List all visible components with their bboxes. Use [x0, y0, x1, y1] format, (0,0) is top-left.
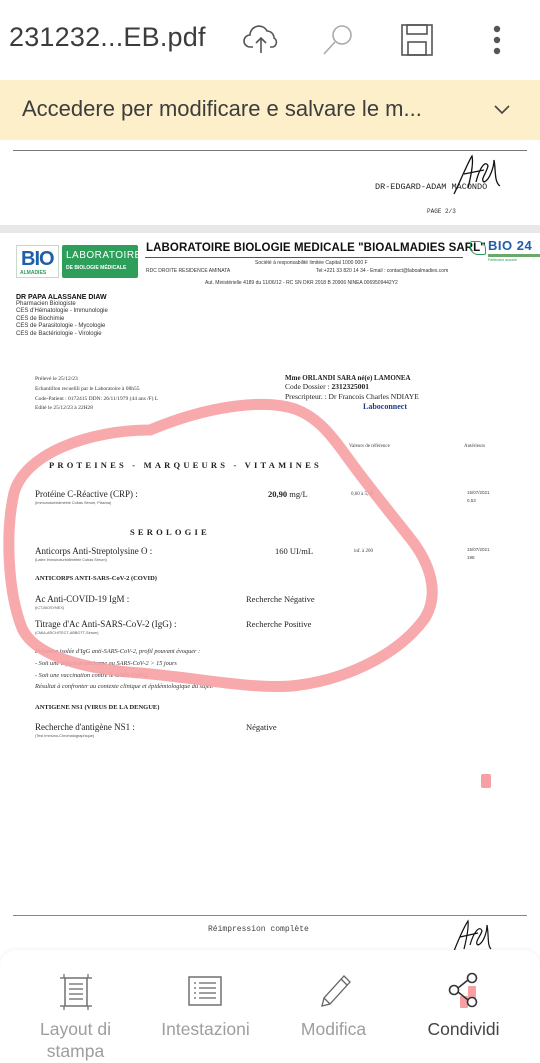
section-title-proteins: PROTEINES - MARQUEURS - VITAMINES: [49, 460, 322, 470]
igm-value: Recherche Négative: [246, 594, 315, 604]
search-button[interactable]: [318, 20, 358, 60]
partner-logo-icon: [470, 241, 486, 255]
crp-value: 20,90: [268, 489, 287, 499]
dengue-header: ANTIGENE NS1 (VIRUS DE LA DENGUE): [35, 704, 159, 711]
lab-address: RDC DROITE RESIDENCE AMINATA: [146, 268, 230, 274]
cloud-upload-icon: [243, 23, 281, 57]
bottom-navigation: Layout di stampa Intestazioni Modifica C…: [0, 950, 540, 1063]
partner-logo-subtitle: Partenaire associé: [488, 258, 517, 262]
document-title: 231232...EB.pdf: [9, 22, 206, 53]
crp-prev: 15/07/2021 0,53: [467, 489, 490, 505]
doctor-block: DR PAPA ALASSANE DIAW Pharmacien Biologi…: [16, 294, 108, 338]
nav-share[interactable]: Condividi: [396, 950, 531, 1063]
patient-code: Code-Patient : 0172415 DDN: 26/11/1979 (…: [35, 395, 158, 405]
doctor-name: DR PAPA ALASSANE DIAW: [16, 294, 108, 301]
covid-interpretation: Présence isolée d'IgG anti-SARS-CoV-2, p…: [35, 646, 213, 693]
lab-registration: Aut. Ministérielle 4189 du 11/06/12 - RC…: [205, 280, 398, 286]
igg-value: Recherche Positive: [246, 619, 311, 629]
nav-label: Layout di stampa: [8, 1018, 143, 1062]
pdf-page-1: DR-EDGARD-ADAM MACONDO PAGE 2/3: [0, 140, 540, 225]
crp-unit: mg/L: [287, 489, 308, 499]
highlight-annotation-icon: [0, 233, 540, 953]
aslo-value: 160 UI/mL: [275, 546, 313, 556]
test-ns1: Recherche d'antigène NS1 :: [35, 722, 135, 732]
headers-list-icon: [186, 972, 226, 1012]
cloud-upload-button[interactable]: [242, 20, 282, 60]
header-divider: [145, 257, 463, 258]
test-igg: Titrage d'Ac Anti-SARS-CoV-2 (IgG) :: [35, 619, 176, 629]
nav-label: Intestazioni: [138, 1018, 273, 1040]
patient-info: Mme ORLANDI SARA né(e) LAMONEA Code Doss…: [285, 374, 419, 411]
qualification: Pharmacien Biologiste: [16, 301, 108, 308]
test-igm: Ac Anti-COVID-19 IgM :: [35, 594, 129, 604]
partner-logo: BIO 24 Partenaire associé: [470, 238, 540, 266]
test-crp-method: (Immunoturbidimétrie Cobas Sérum, Plasma…: [35, 501, 111, 505]
test-aslo-method: (Latex Immunoturbidimétrie Cobas Sérum): [35, 558, 107, 562]
signature-icon: [450, 152, 505, 197]
edited-date: Edité le 25/12/23 à 22H28: [35, 404, 158, 414]
sample-collected: Prélevé le 25/12/23: [35, 375, 158, 385]
sample-info: Prélevé le 25/12/23 Echantillon recueill…: [35, 375, 158, 414]
test-igm-method: (ICT-BIOSYNEX): [35, 606, 64, 610]
pdf-page-2: BIO ALMADIES LABORATOIRE DE BIOLOGIE MÉD…: [0, 233, 540, 953]
search-icon: [320, 22, 356, 58]
nav-edit[interactable]: Modifica: [266, 950, 401, 1063]
test-ns1-method: (Test Immuno-Chromatographique): [35, 734, 94, 738]
sample-received: Echantillon recueilli par le Laboratoire…: [35, 385, 158, 395]
ref-header: Valeurs de référence: [349, 444, 390, 449]
nav-print-layout[interactable]: Layout di stampa: [8, 950, 143, 1063]
page-gap: [0, 225, 540, 233]
patient-name: Mme ORLANDI SARA né(e) LAMONEA: [285, 374, 419, 382]
nav-headers[interactable]: Intestazioni: [138, 950, 273, 1063]
app-toolbar: 231232...EB.pdf: [0, 0, 540, 80]
test-igg-method: (CMIA-ARCHITECT-ABBOTT-Sérum): [35, 631, 99, 635]
test-aslo: Anticorps Anti-Streptolysine O :: [35, 546, 152, 556]
banner-expand-button[interactable]: [486, 94, 518, 126]
qualification: CES d'Hématologie - Immunologie: [16, 308, 108, 315]
dossier-value: 2312325001: [331, 382, 369, 391]
footer-divider: [13, 915, 527, 916]
lab-logo: BIO ALMADIES LABORATOIRE DE BIOLOGIE MÉD…: [16, 245, 138, 278]
aslo-ref: inf. à 200: [354, 549, 373, 554]
logo-almadies-text: ALMADIES: [20, 270, 46, 276]
signature-icon: [452, 919, 492, 953]
page-number: PAGE 2/3: [427, 208, 456, 215]
pencil-icon: [314, 972, 354, 1012]
more-options-button[interactable]: [477, 20, 517, 60]
save-icon: [400, 23, 434, 57]
qualification: CES de Biochimie: [16, 316, 108, 323]
save-button[interactable]: [397, 20, 437, 60]
share-icon: [444, 972, 484, 1012]
annotation-mark: [481, 774, 491, 788]
banner-text: Accedere per modificare e salvare le m..…: [22, 96, 422, 122]
ns1-value: Négative: [246, 722, 277, 732]
chevron-down-icon: [494, 105, 510, 115]
reprint-label: Réimpression complète: [208, 925, 309, 934]
qualification: CES de Bactériologie - Virologie: [16, 331, 108, 338]
prev-header: Antérieurs: [464, 444, 485, 449]
logo-lab-line2: DE BIOLOGIE MÉDICALE: [66, 265, 126, 271]
partner-logo-text: BIO 24: [488, 238, 532, 253]
dossier-label: Code Dossier :: [285, 382, 331, 391]
print-layout-icon: [56, 972, 96, 1012]
section-title-serology: SEROLOGIE: [130, 527, 210, 537]
nav-label: Modifica: [266, 1018, 401, 1040]
sign-in-banner[interactable]: Accedere per modificare e salvare le m..…: [0, 80, 540, 140]
prescriber: Prescripteur. : Dr Francois Charles NDIA…: [285, 392, 419, 402]
crp-ref: 0,60 à 5,00: [351, 492, 373, 497]
qualification: CES de Parasitologie - Mycologie: [16, 323, 108, 330]
lab-title: LABORATOIRE BIOLOGIE MEDICALE "BIOALMADI…: [146, 242, 486, 254]
nav-label: Condividi: [396, 1018, 531, 1040]
page-divider: [13, 150, 527, 151]
covid-header: ANTICORPS ANTI-SARS-CoV-2 (COVID): [35, 575, 157, 582]
more-vert-icon: [492, 24, 502, 56]
lab-contact: Tel:+221 33 820 14 34 - Email : contact@…: [316, 268, 448, 274]
logo-bio-text: BIO: [21, 248, 54, 271]
logo-lab-line1: LABORATOIRE: [66, 250, 142, 261]
aslo-prev: 15/07/2021 198: [467, 546, 490, 562]
test-crp: Protéine C-Réactive (CRP) :: [35, 489, 138, 499]
network-name: Laboconnect: [363, 402, 419, 411]
company-info: Société à responsabilité limitée Capital…: [255, 260, 368, 266]
